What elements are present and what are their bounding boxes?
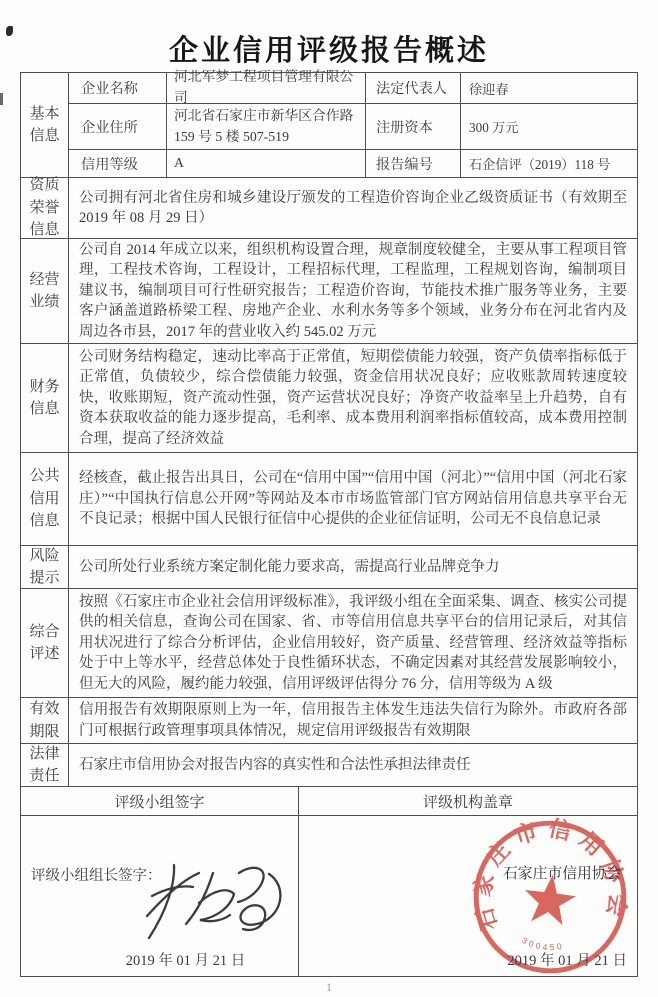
section-validity-period: 有效期限 信用报告有效期限原则上为一年，信用报告主体发生违法失信行为除外。市政府… bbox=[21, 698, 637, 744]
field-value-company-address: 河北省石家庄市新华区合作路 159 号 5 楼 507-519 bbox=[167, 104, 366, 149]
section-public-credit-info: 公共信用信息 经核查，截止报告出具日，公司在“信用中国”“信用中国（河北）”“信… bbox=[21, 453, 637, 546]
section-text-business-performance: 公司自 2014 年成立以来，组织机构设置合理，规章制度较健全，主要从事工程项目… bbox=[69, 236, 637, 347]
agency-seal-cell: 石家庄市信用协会 300450 石家庄市信用协会 2019 年 01 月 21 … bbox=[299, 816, 637, 976]
field-label-report-number: 报告编号 bbox=[366, 150, 461, 177]
team-signature-date: 2019 年 01 月 21 日 bbox=[47, 949, 324, 970]
scan-speck bbox=[6, 26, 13, 36]
section-label-business-performance: 经营业绩 bbox=[21, 239, 69, 343]
agency-name-text: 石家庄市信用协会 bbox=[503, 862, 621, 883]
section-qualification-honor: 资质荣誉信息 公司拥有河北省住房和城乡建设厅颁发的工程造价咨询企业乙级资质证书（… bbox=[21, 178, 637, 239]
section-text-comprehensive-review: 按照《石家庄市企业社会信用评级标准》，我评级小组在全面采集、调查、核实公司提供的… bbox=[69, 588, 637, 699]
section-financial-info: 财务信息 公司财务结构稳定，速动比率高于正常值，短期偿债能力较强，资产负债率指标… bbox=[21, 344, 637, 453]
row-credit-grade: 信用等级 A 报告编号 石企信评（2019）118 号 bbox=[69, 150, 637, 177]
field-label-company-name: 企业名称 bbox=[69, 73, 167, 103]
signature-row: 评级小组组长签字： 2019 年 01 月 21 日 bbox=[21, 816, 637, 976]
field-value-credit-grade: A bbox=[167, 150, 366, 177]
section-label-risk-warning: 风险提示 bbox=[21, 546, 69, 588]
team-signature-header: 评级小组签字 bbox=[21, 787, 299, 815]
section-label-basic-info: 基本信息 bbox=[21, 73, 69, 177]
page-number: 1 bbox=[0, 980, 658, 995]
agency-seal-date: 2019 年 01 月 21 日 bbox=[507, 949, 627, 970]
section-label-legal-liability: 法律责任 bbox=[21, 744, 69, 786]
report-table: 基本信息 企业名称 河北军梦工程项目管理有限公司 法定代表人 徐迎春 企业住所 … bbox=[20, 72, 638, 977]
field-value-report-number: 石企信评（2019）118 号 bbox=[461, 150, 637, 177]
scan-speck bbox=[0, 93, 3, 105]
field-value-legal-rep: 徐迎春 bbox=[461, 73, 637, 103]
section-text-qualification-honor: 公司拥有河北省住房和城乡建设厅颁发的工程造价咨询企业乙级资质证书（有效期至 20… bbox=[69, 184, 637, 233]
field-value-company-name: 河北军梦工程项目管理有限公司 bbox=[167, 73, 366, 103]
report-page: 企业信用评级报告概述 基本信息 企业名称 河北军梦工程项目管理有限公司 法定代表… bbox=[0, 0, 658, 997]
row-company-name: 企业名称 河北军梦工程项目管理有限公司 法定代表人 徐迎春 bbox=[69, 73, 637, 104]
field-value-registered-capital: 300 万元 bbox=[461, 104, 637, 149]
section-text-legal-liability: 石家庄市信用协会对报告内容的真实性和合法性承担法律责任 bbox=[69, 751, 637, 780]
section-risk-warning: 风险提示 公司所处行业系统方案定制化能力要求高，需提高行业品牌竞争力 bbox=[21, 546, 637, 589]
team-signature-cell: 评级小组组长签字： 2019 年 01 月 21 日 bbox=[21, 816, 299, 976]
section-comprehensive-review: 综合评述 按照《石家庄市企业社会信用评级标准》，我评级小组在全面采集、调查、核实… bbox=[21, 589, 637, 698]
section-basic-info: 基本信息 企业名称 河北军梦工程项目管理有限公司 法定代表人 徐迎春 企业住所 … bbox=[21, 73, 637, 178]
field-label-credit-grade: 信用等级 bbox=[69, 150, 167, 177]
section-legal-liability: 法律责任 石家庄市信用协会对报告内容的真实性和合法性承担法律责任 bbox=[21, 744, 637, 787]
section-text-public-credit-info: 经核查，截止报告出具日，公司在“信用中国”“信用中国（河北）”“信用中国（河北石… bbox=[69, 464, 637, 534]
section-label-financial-info: 财务信息 bbox=[21, 344, 69, 452]
page-title: 企业信用评级报告概述 bbox=[0, 28, 658, 69]
handwritten-signature bbox=[139, 858, 297, 954]
row-company-address: 企业住所 河北省石家庄市新华区合作路 159 号 5 楼 507-519 注册资… bbox=[69, 104, 637, 150]
section-text-risk-warning: 公司所处行业系统方案定制化能力要求高，需提高行业品牌竞争力 bbox=[69, 553, 637, 582]
section-label-validity-period: 有效期限 bbox=[21, 698, 69, 743]
field-label-company-address: 企业住所 bbox=[69, 104, 167, 149]
section-text-financial-info: 公司财务结构稳定，速动比率高于正常值，短期偿债能力较强，资产负债率指标低于正常值… bbox=[69, 343, 637, 454]
agency-seal-header: 评级机构盖章 bbox=[299, 787, 637, 815]
section-text-validity-period: 信用报告有效期限原则上为一年，信用报告主体发生违法失信行为除外。市政府各部门可根… bbox=[69, 696, 637, 745]
field-label-legal-rep: 法定代表人 bbox=[366, 73, 461, 103]
section-label-comprehensive-review: 综合评述 bbox=[21, 589, 69, 697]
section-label-qualification-honor: 资质荣誉信息 bbox=[21, 178, 69, 238]
section-label-public-credit-info: 公共信用信息 bbox=[21, 453, 69, 545]
section-business-performance: 经营业绩 公司自 2014 年成立以来，组织机构设置合理，规章制度较健全，主要从… bbox=[21, 239, 637, 344]
signature-header-row: 评级小组签字 评级机构盖章 bbox=[21, 787, 637, 816]
field-label-registered-capital: 注册资本 bbox=[366, 104, 461, 149]
